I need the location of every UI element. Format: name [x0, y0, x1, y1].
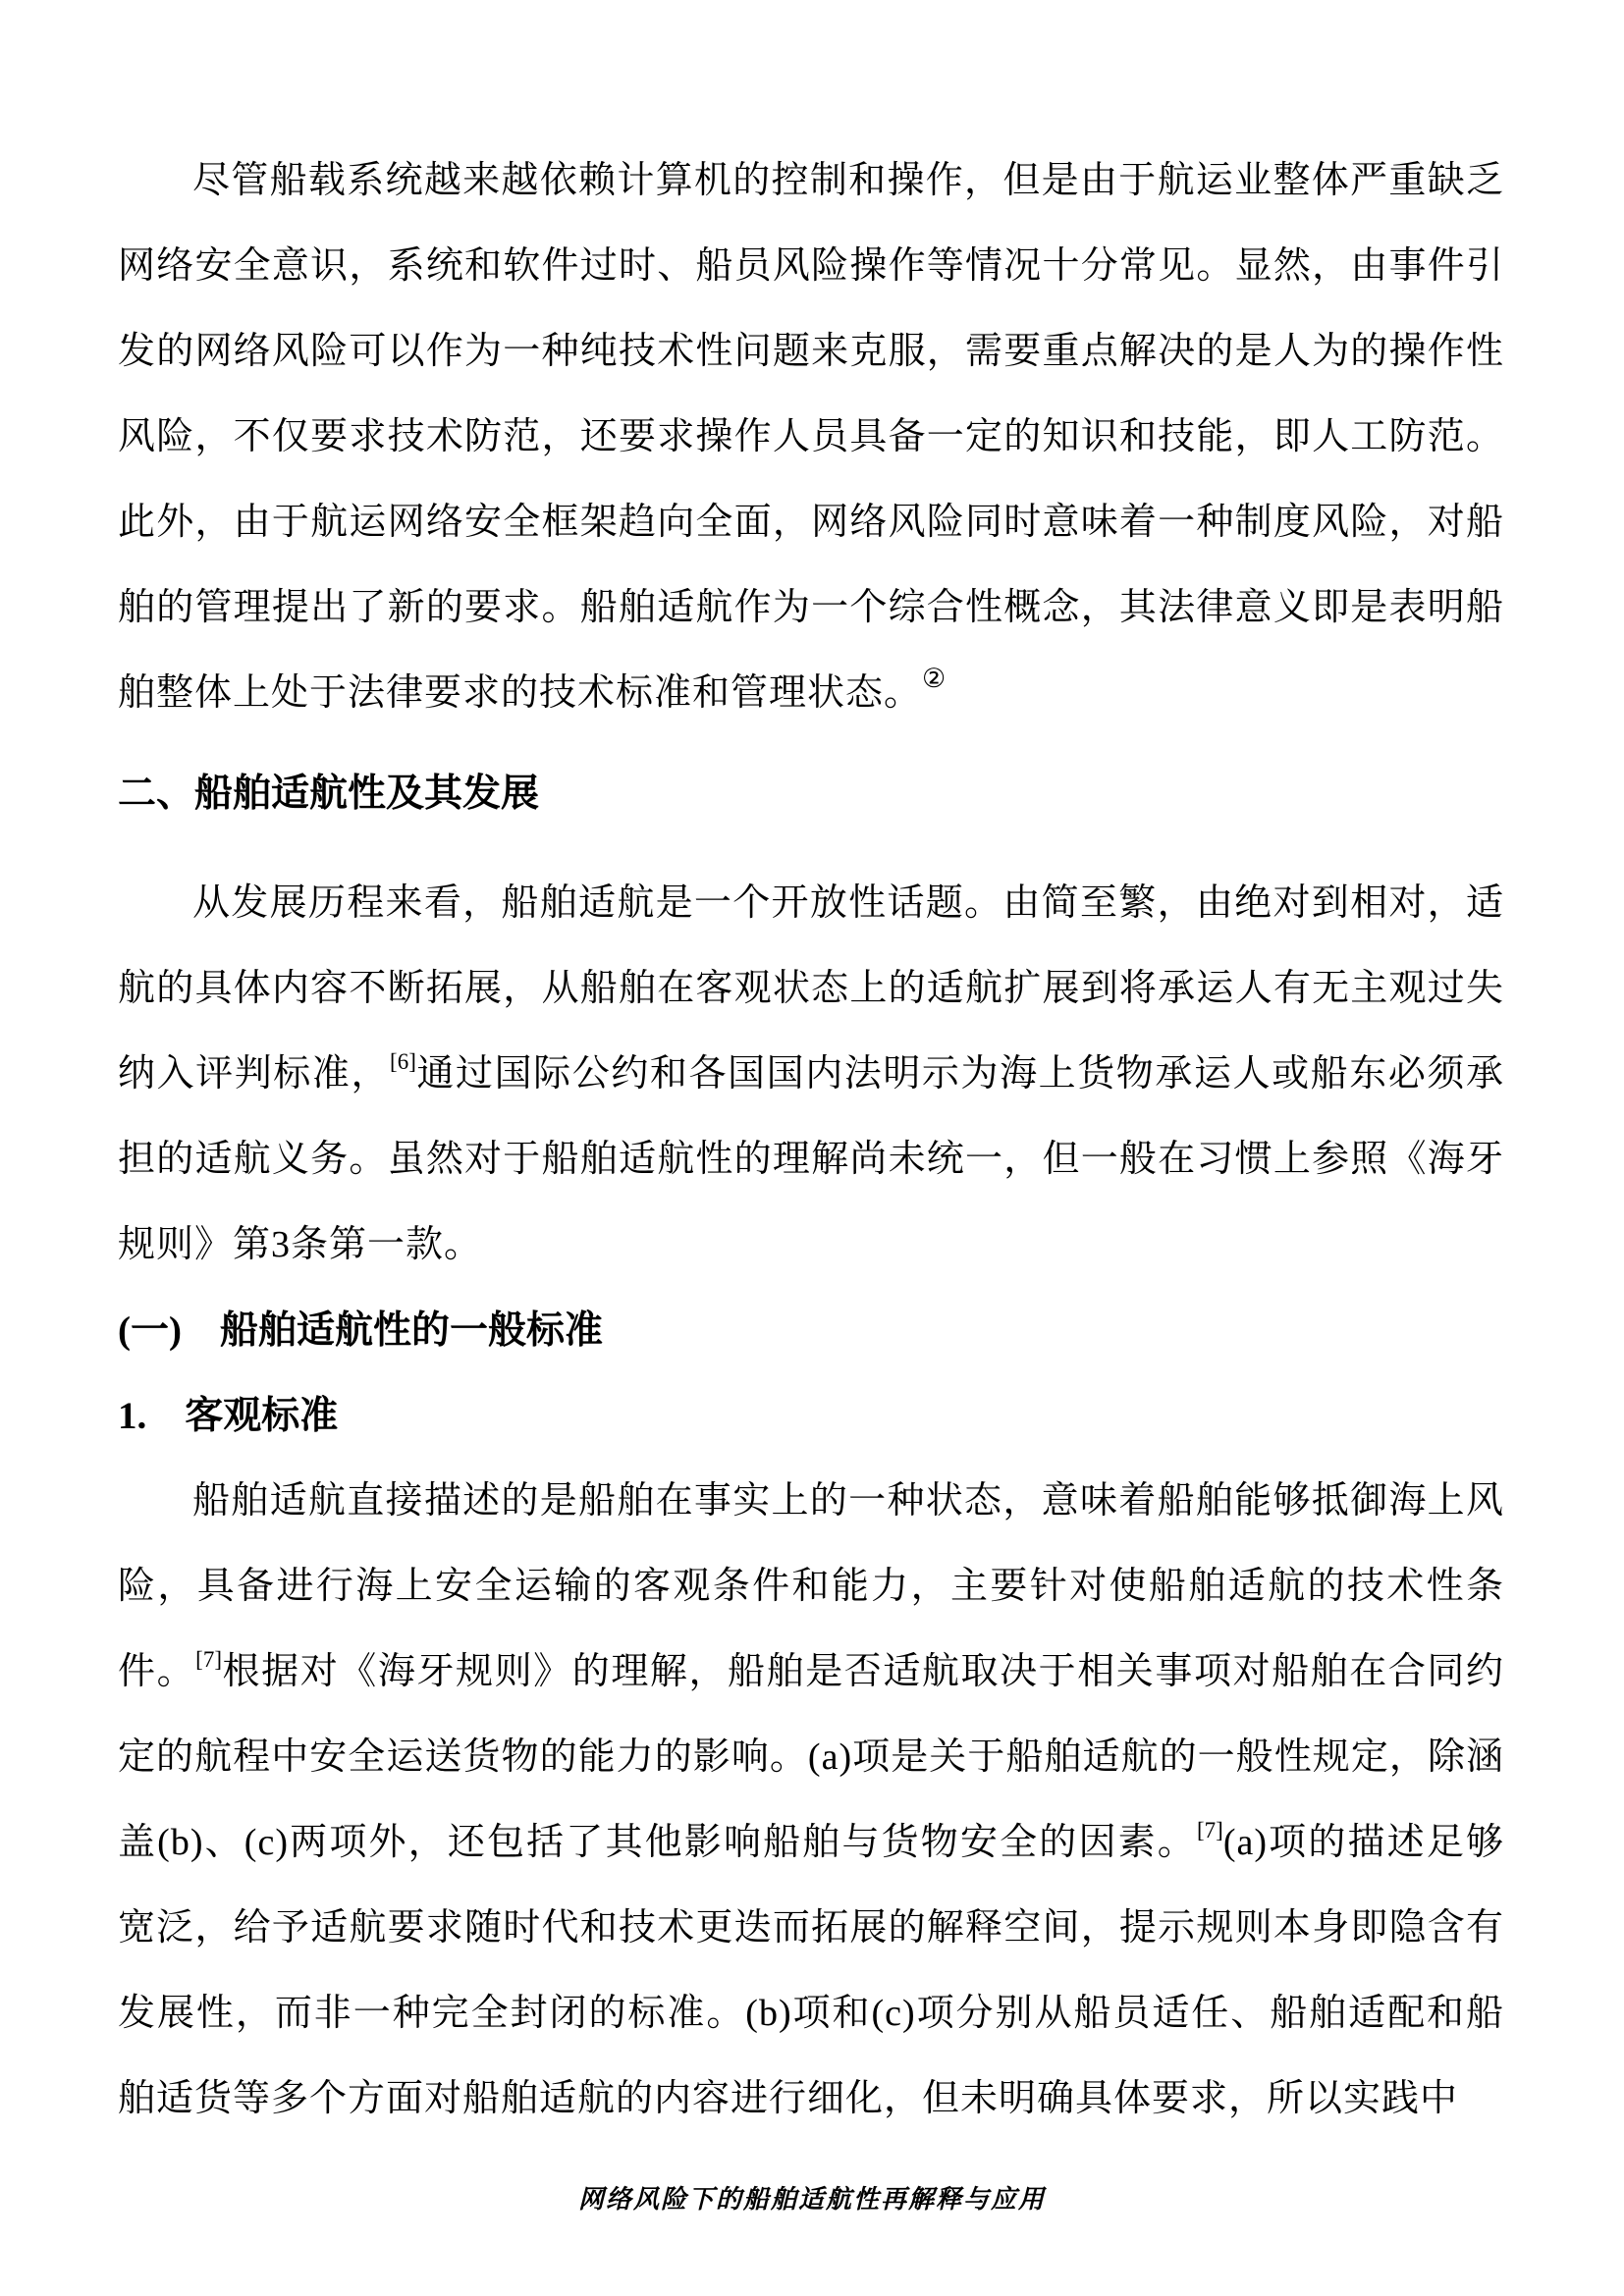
- footer-running-title: 网络风险下的船舶适航性再解释与应用: [578, 2185, 1046, 2215]
- paragraph-objective-standard: 船舶适航直接描述的是船舶在事实上的一种状态，意味着船舶能够抵御海上风险，具备进行…: [118, 1459, 1504, 2142]
- footnote-marker-circled-2: ②: [922, 664, 946, 693]
- paragraph-seaworthiness-history: 从发展历程来看，船舶适航是一个开放性话题。由简至繁，由绝对到相对，适航的具体内容…: [118, 861, 1504, 1288]
- citation-marker-7b: [7]: [1197, 1818, 1223, 1842]
- paragraph-1-text: 尽管船载系统越来越依赖计算机的控制和操作，但是由于航运业整体严重缺乏网络安全意识…: [118, 160, 1504, 714]
- page-footer: 网络风险下的船舶适航性再解释与应用: [0, 2179, 1624, 2216]
- document-page: 尽管船载系统越来越依赖计算机的控制和操作，但是由于航运业整体严重缺乏网络安全意识…: [0, 0, 1624, 2296]
- citation-marker-7a: [7]: [195, 1647, 222, 1672]
- heading-section-seaworthiness-development: 二、船舶适航性及其发展: [118, 751, 1504, 836]
- heading-subsection-general-standard: (一) 船舶适航性的一般标准: [118, 1288, 1504, 1373]
- paragraph-3-text-3: (a)项的描述足够宽泛，给予适航要求随时代和技术更迭而拓展的解释空间，提示规则本…: [118, 1822, 1504, 2119]
- heading-item-objective-standard: 1. 客观标准: [118, 1373, 1504, 1459]
- citation-marker-6: [6]: [390, 1049, 416, 1074]
- paragraph-cyber-risk: 尽管船载系统越来越依赖计算机的控制和操作，但是由于航运业整体严重缺乏网络安全意识…: [118, 138, 1504, 736]
